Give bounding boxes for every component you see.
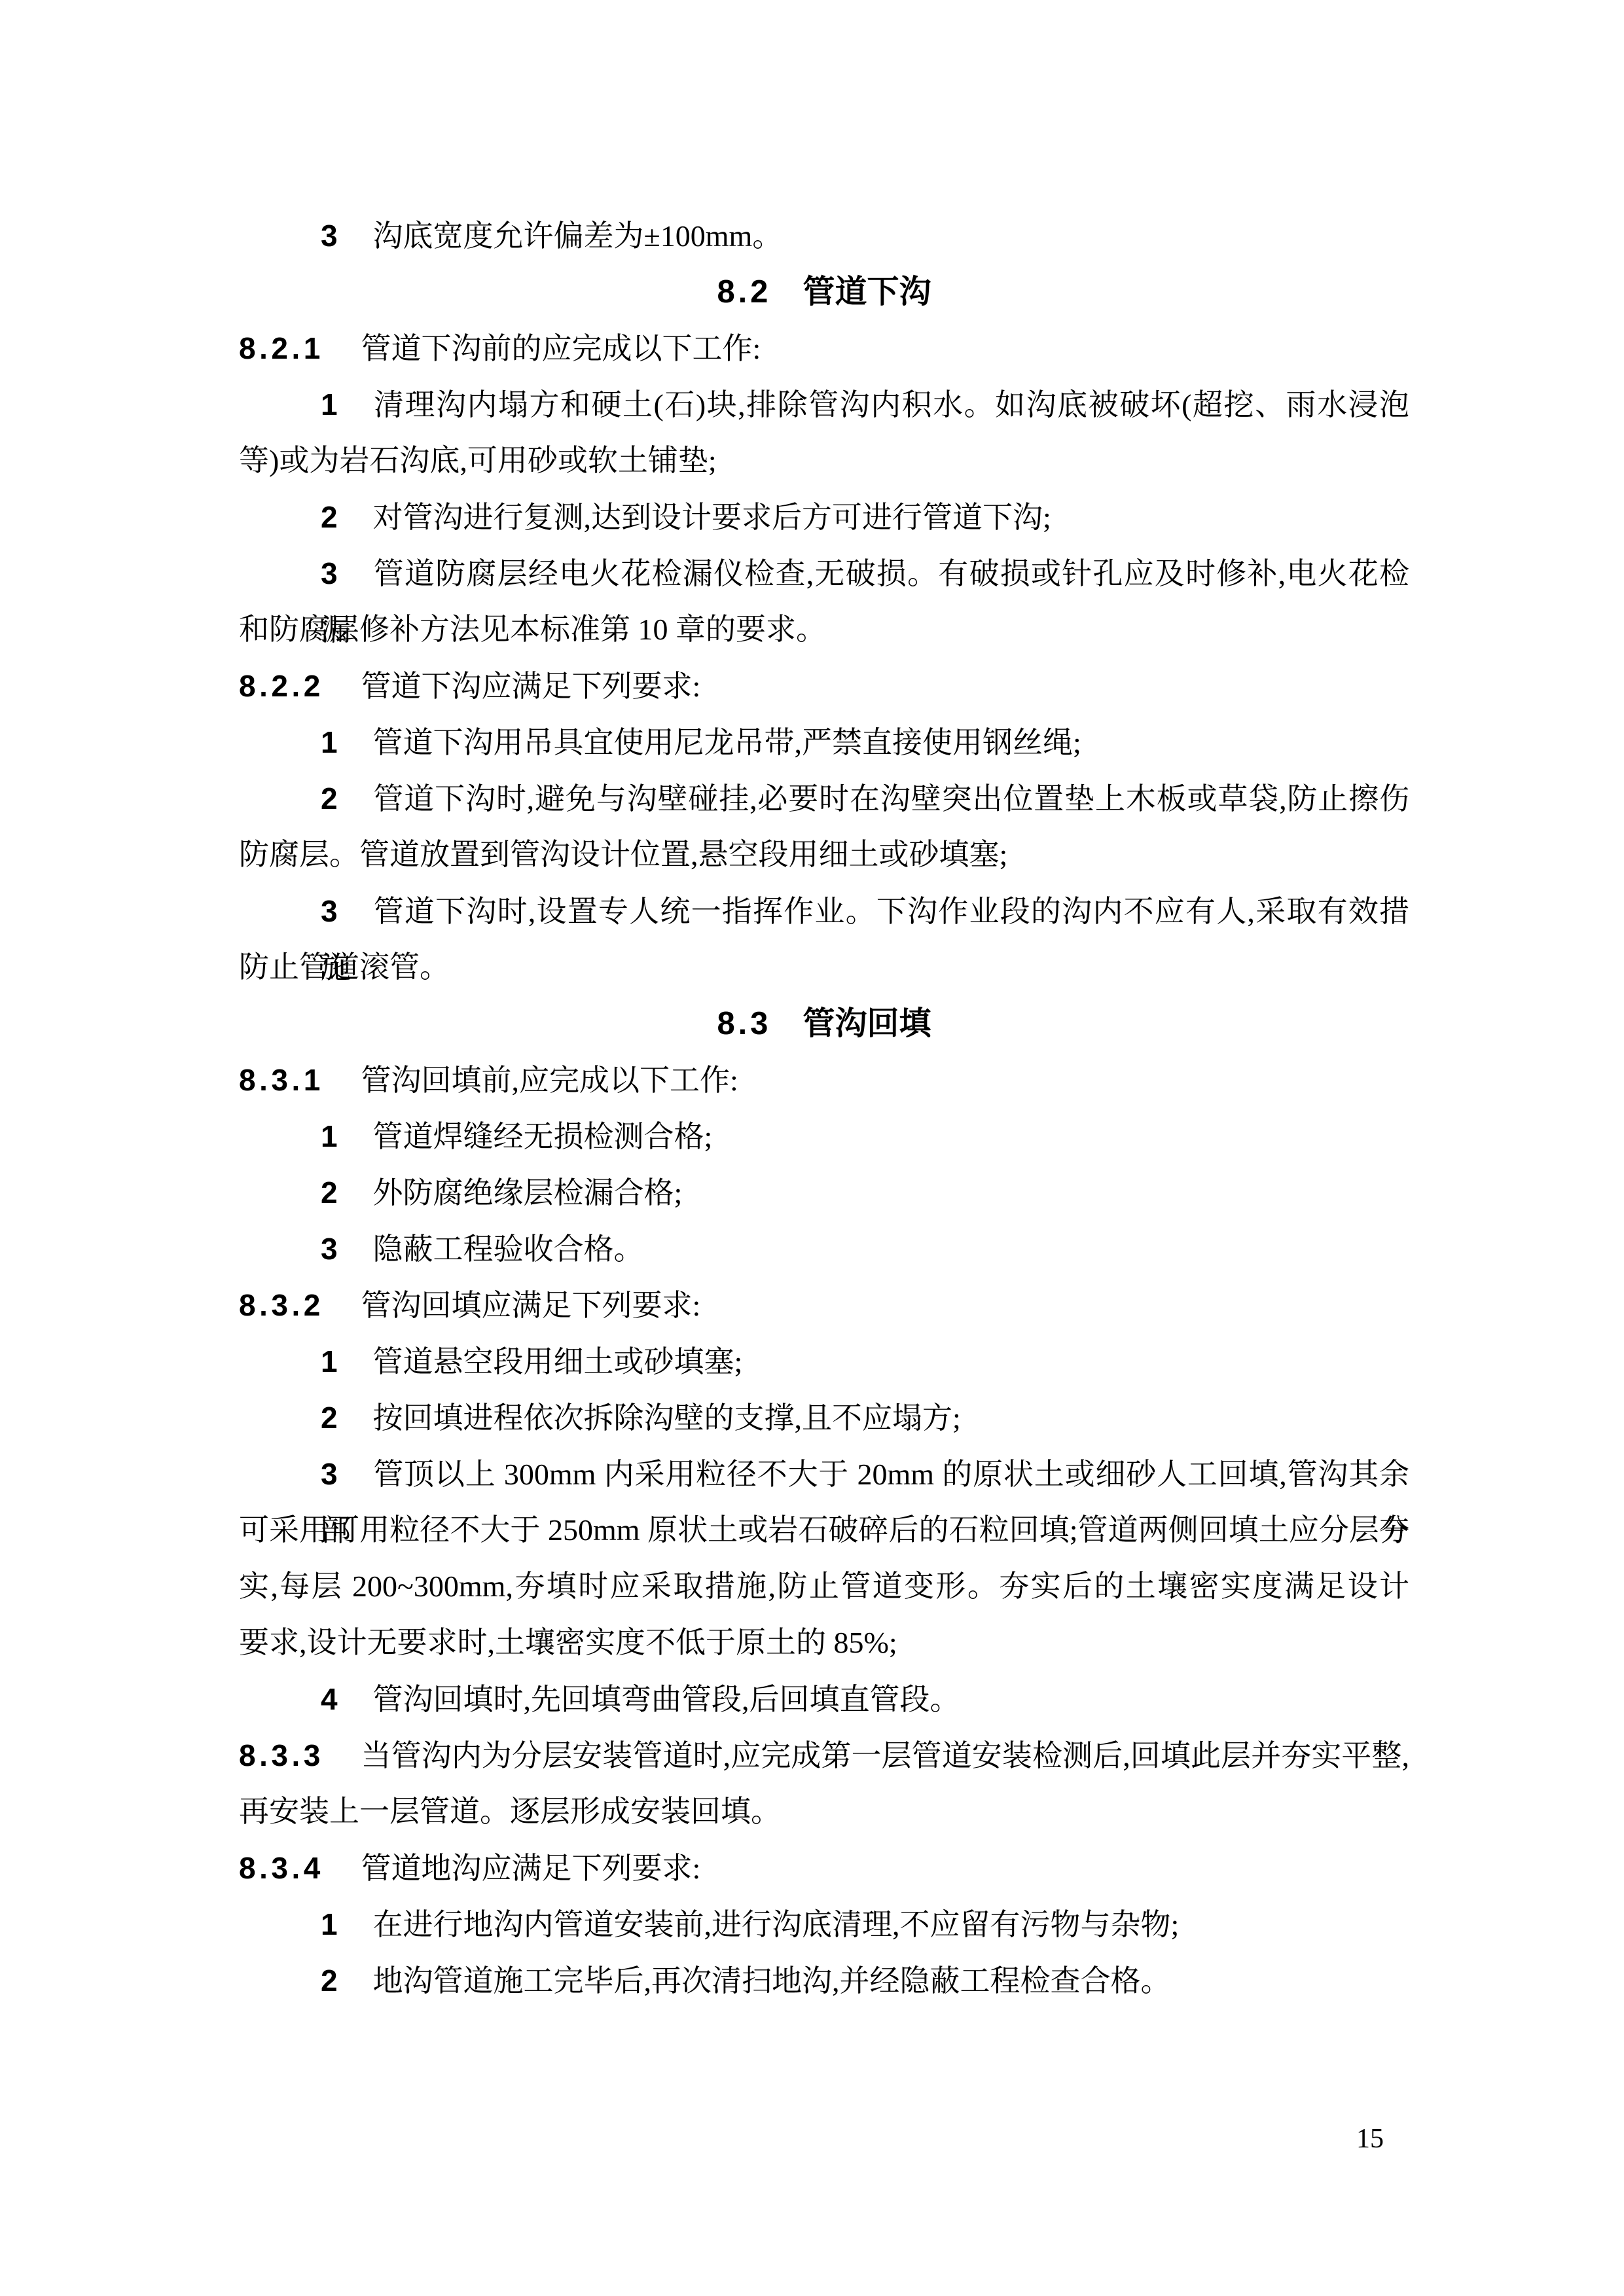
line-text: 清理沟内塌方和硬土(石)块,排除管沟内积水。如沟底被破坏(超挖、雨水浸泡 — [374, 388, 1409, 422]
line-text: 按回填进程依次拆除沟壁的支撑,且不应塌方; — [373, 1401, 961, 1435]
section-heading: 8.2 管道下沟 — [239, 264, 1409, 320]
line-text: 管沟回填应满足下列要求: — [361, 1289, 701, 1322]
line-text: 外防腐绝缘层检漏合格; — [373, 1176, 683, 1210]
paragraph-continuation: 实,每层 200~300mm,夯填时应采取措施,防止管道变形。夯实后的土壤密实度… — [239, 1558, 1409, 1615]
paragraph-continuation: 防止管道滚管。 — [239, 939, 1409, 996]
numbered-item: 2 外防腐绝缘层检漏合格; — [239, 1164, 1409, 1221]
numbered-item: 3 隐蔽工程验收合格。 — [239, 1221, 1409, 1277]
item-number: 3 — [321, 1221, 365, 1277]
clause-number: 8.2.2 — [239, 658, 353, 714]
line-text: 防止管道滚管。 — [239, 950, 450, 984]
line-text: 等)或为岩石沟底,可用砂或软土铺垫; — [239, 444, 717, 477]
document-page: { "page": { "number": "15", "background"… — [0, 0, 1624, 2296]
numbered-item: 3 管道下沟时,设置专人统一指挥作业。下沟作业段的沟内不应有人,采取有效措施 — [239, 883, 1409, 939]
numbered-item: 1 管道焊缝经无损检测合格; — [239, 1108, 1409, 1164]
item-number: 1 — [321, 714, 365, 770]
line-text: 和防腐层修补方法见本标准第 10 章的要求。 — [239, 613, 826, 646]
item-number: 4 — [321, 1671, 365, 1727]
item-number: 3 — [321, 883, 365, 939]
paragraph-continuation: 和防腐层修补方法见本标准第 10 章的要求。 — [239, 601, 1409, 658]
paragraph-continuation: 防腐层。管道放置到管沟设计位置,悬空段用细土或砂填塞; — [239, 827, 1409, 883]
numbered-item: 3 管顶以上 300mm 内采用粒径不大于 20mm 的原状土或细砂人工回填,管… — [239, 1446, 1409, 1502]
line-text: 管沟回填前,应完成以下工作: — [361, 1064, 738, 1097]
clause-paragraph: 8.2.1 管道下沟前的应完成以下工作: — [239, 320, 1409, 376]
clause-number: 8.2.1 — [239, 320, 353, 376]
paragraph-continuation: 要求,设计无要求时,土壤密实度不低于原土的 85%; — [239, 1615, 1409, 1671]
numbered-item: 4 管沟回填时,先回填弯曲管段,后回填直管段。 — [239, 1671, 1409, 1727]
item-number: 1 — [321, 1108, 365, 1164]
numbered-item: 1 管道下沟用吊具宜使用尼龙吊带,严禁直接使用钢丝绳; — [239, 714, 1409, 770]
item-number: 2 — [321, 1952, 365, 2009]
line-text: 管道下沟 — [803, 274, 931, 310]
numbered-item: 1 在进行地沟内管道安装前,进行沟底清理,不应留有污物与杂物; — [239, 1896, 1409, 1952]
line-text: 可采用可用粒径不大于 250mm 原状土或岩石破碎后的石粒回填;管道两侧回填土应… — [239, 1513, 1409, 1547]
numbered-item: 1 管道悬空段用细土或砂填塞; — [239, 1333, 1409, 1390]
line-text: 再安装上一层管道。逐层形成安装回填。 — [239, 1795, 781, 1828]
item-number: 1 — [321, 376, 365, 433]
line-text: 地沟管道施工完毕后,再次清扫地沟,并经隐蔽工程检查合格。 — [373, 1964, 1171, 1998]
line-text: 沟底宽度允许偏差为±100mm。 — [373, 219, 783, 253]
clause-paragraph: 8.3.4 管道地沟应满足下列要求: — [239, 1840, 1409, 1896]
item-number: 2 — [321, 489, 365, 545]
numbered-item: 1 清理沟内塌方和硬土(石)块,排除管沟内积水。如沟底被破坏(超挖、雨水浸泡 — [239, 376, 1409, 433]
numbered-item: 2 地沟管道施工完毕后,再次清扫地沟,并经隐蔽工程检查合格。 — [239, 1952, 1409, 2009]
line-text: 要求,设计无要求时,土壤密实度不低于原土的 85%; — [239, 1626, 897, 1659]
paragraph-continuation: 等)或为岩石沟底,可用砂或软土铺垫; — [239, 433, 1409, 489]
clause-number: 8.3.2 — [239, 1277, 353, 1333]
line-text: 管道悬空段用细土或砂填塞; — [373, 1345, 743, 1378]
line-text: 管道下沟前的应完成以下工作: — [361, 332, 761, 365]
line-text: 管道下沟时,避免与沟壁碰挂,必要时在沟壁突出位置垫上木板或草袋,防止擦伤 — [373, 782, 1409, 816]
numbered-item: 2 管道下沟时,避免与沟壁碰挂,必要时在沟壁突出位置垫上木板或草袋,防止擦伤 — [239, 770, 1409, 827]
item-number: 2 — [321, 770, 365, 827]
line-text: 对管沟进行复测,达到设计要求后方可进行管道下沟; — [373, 501, 1051, 534]
paragraph-continuation: 再安装上一层管道。逐层形成安装回填。 — [239, 1784, 1409, 1840]
line-text: 管道焊缝经无损检测合格; — [373, 1120, 713, 1153]
line-text: 管沟回填 — [803, 1006, 931, 1041]
numbered-item: 3 管道防腐层经电火花检漏仪检查,无破损。有破损或针孔应及时修补,电火花检漏 — [239, 545, 1409, 601]
document-body: 3 沟底宽度允许偏差为±100mm。8.2 管道下沟8.2.1 管道下沟前的应完… — [239, 207, 1409, 2009]
item-number: 3 — [321, 1446, 365, 1502]
line-text: 在进行地沟内管道安装前,进行沟底清理,不应留有污物与杂物; — [373, 1908, 1180, 1941]
clause-paragraph: 8.3.2 管沟回填应满足下列要求: — [239, 1277, 1409, 1333]
section-number: 8.2 — [717, 274, 771, 310]
line-text: 管道下沟用吊具宜使用尼龙吊带,严禁直接使用钢丝绳; — [373, 726, 1081, 759]
line-text: 管沟回填时,先回填弯曲管段,后回填直管段。 — [373, 1683, 960, 1716]
clause-paragraph: 8.3.3 当管沟内为分层安装管道时,应完成第一层管道安装检测后,回填此层并夯实… — [239, 1727, 1409, 1784]
section-heading: 8.3 管沟回填 — [239, 996, 1409, 1052]
line-text: 当管沟内为分层安装管道时,应完成第一层管道安装检测后,回填此层并夯实平整, — [361, 1739, 1409, 1772]
line-text: 隐蔽工程验收合格。 — [373, 1232, 644, 1266]
numbered-item: 3 沟底宽度允许偏差为±100mm。 — [239, 207, 1409, 264]
numbered-item: 2 对管沟进行复测,达到设计要求后方可进行管道下沟; — [239, 489, 1409, 545]
line-text: 管道下沟应满足下列要求: — [361, 670, 701, 703]
numbered-item: 2 按回填进程依次拆除沟壁的支撑,且不应塌方; — [239, 1390, 1409, 1446]
item-number: 3 — [321, 207, 365, 264]
clause-number: 8.3.4 — [239, 1840, 353, 1896]
section-number: 8.3 — [717, 1006, 771, 1041]
line-text: 管道地沟应满足下列要求: — [361, 1852, 701, 1885]
item-number: 1 — [321, 1333, 365, 1390]
item-number: 1 — [321, 1896, 365, 1952]
line-text: 实,每层 200~300mm,夯填时应采取措施,防止管道变形。夯实后的土壤密实度… — [239, 1570, 1409, 1603]
paragraph-continuation: 可采用可用粒径不大于 250mm 原状土或岩石破碎后的石粒回填;管道两侧回填土应… — [239, 1502, 1409, 1558]
item-number: 3 — [321, 545, 365, 601]
clause-paragraph: 8.2.2 管道下沟应满足下列要求: — [239, 658, 1409, 714]
clause-number: 8.3.3 — [239, 1727, 353, 1784]
clause-paragraph: 8.3.1 管沟回填前,应完成以下工作: — [239, 1052, 1409, 1108]
item-number: 2 — [321, 1390, 365, 1446]
clause-number: 8.3.1 — [239, 1052, 353, 1108]
line-text: 防腐层。管道放置到管沟设计位置,悬空段用细土或砂填塞; — [239, 838, 1007, 871]
item-number: 2 — [321, 1164, 365, 1221]
page-number: 15 — [1356, 2121, 1384, 2157]
